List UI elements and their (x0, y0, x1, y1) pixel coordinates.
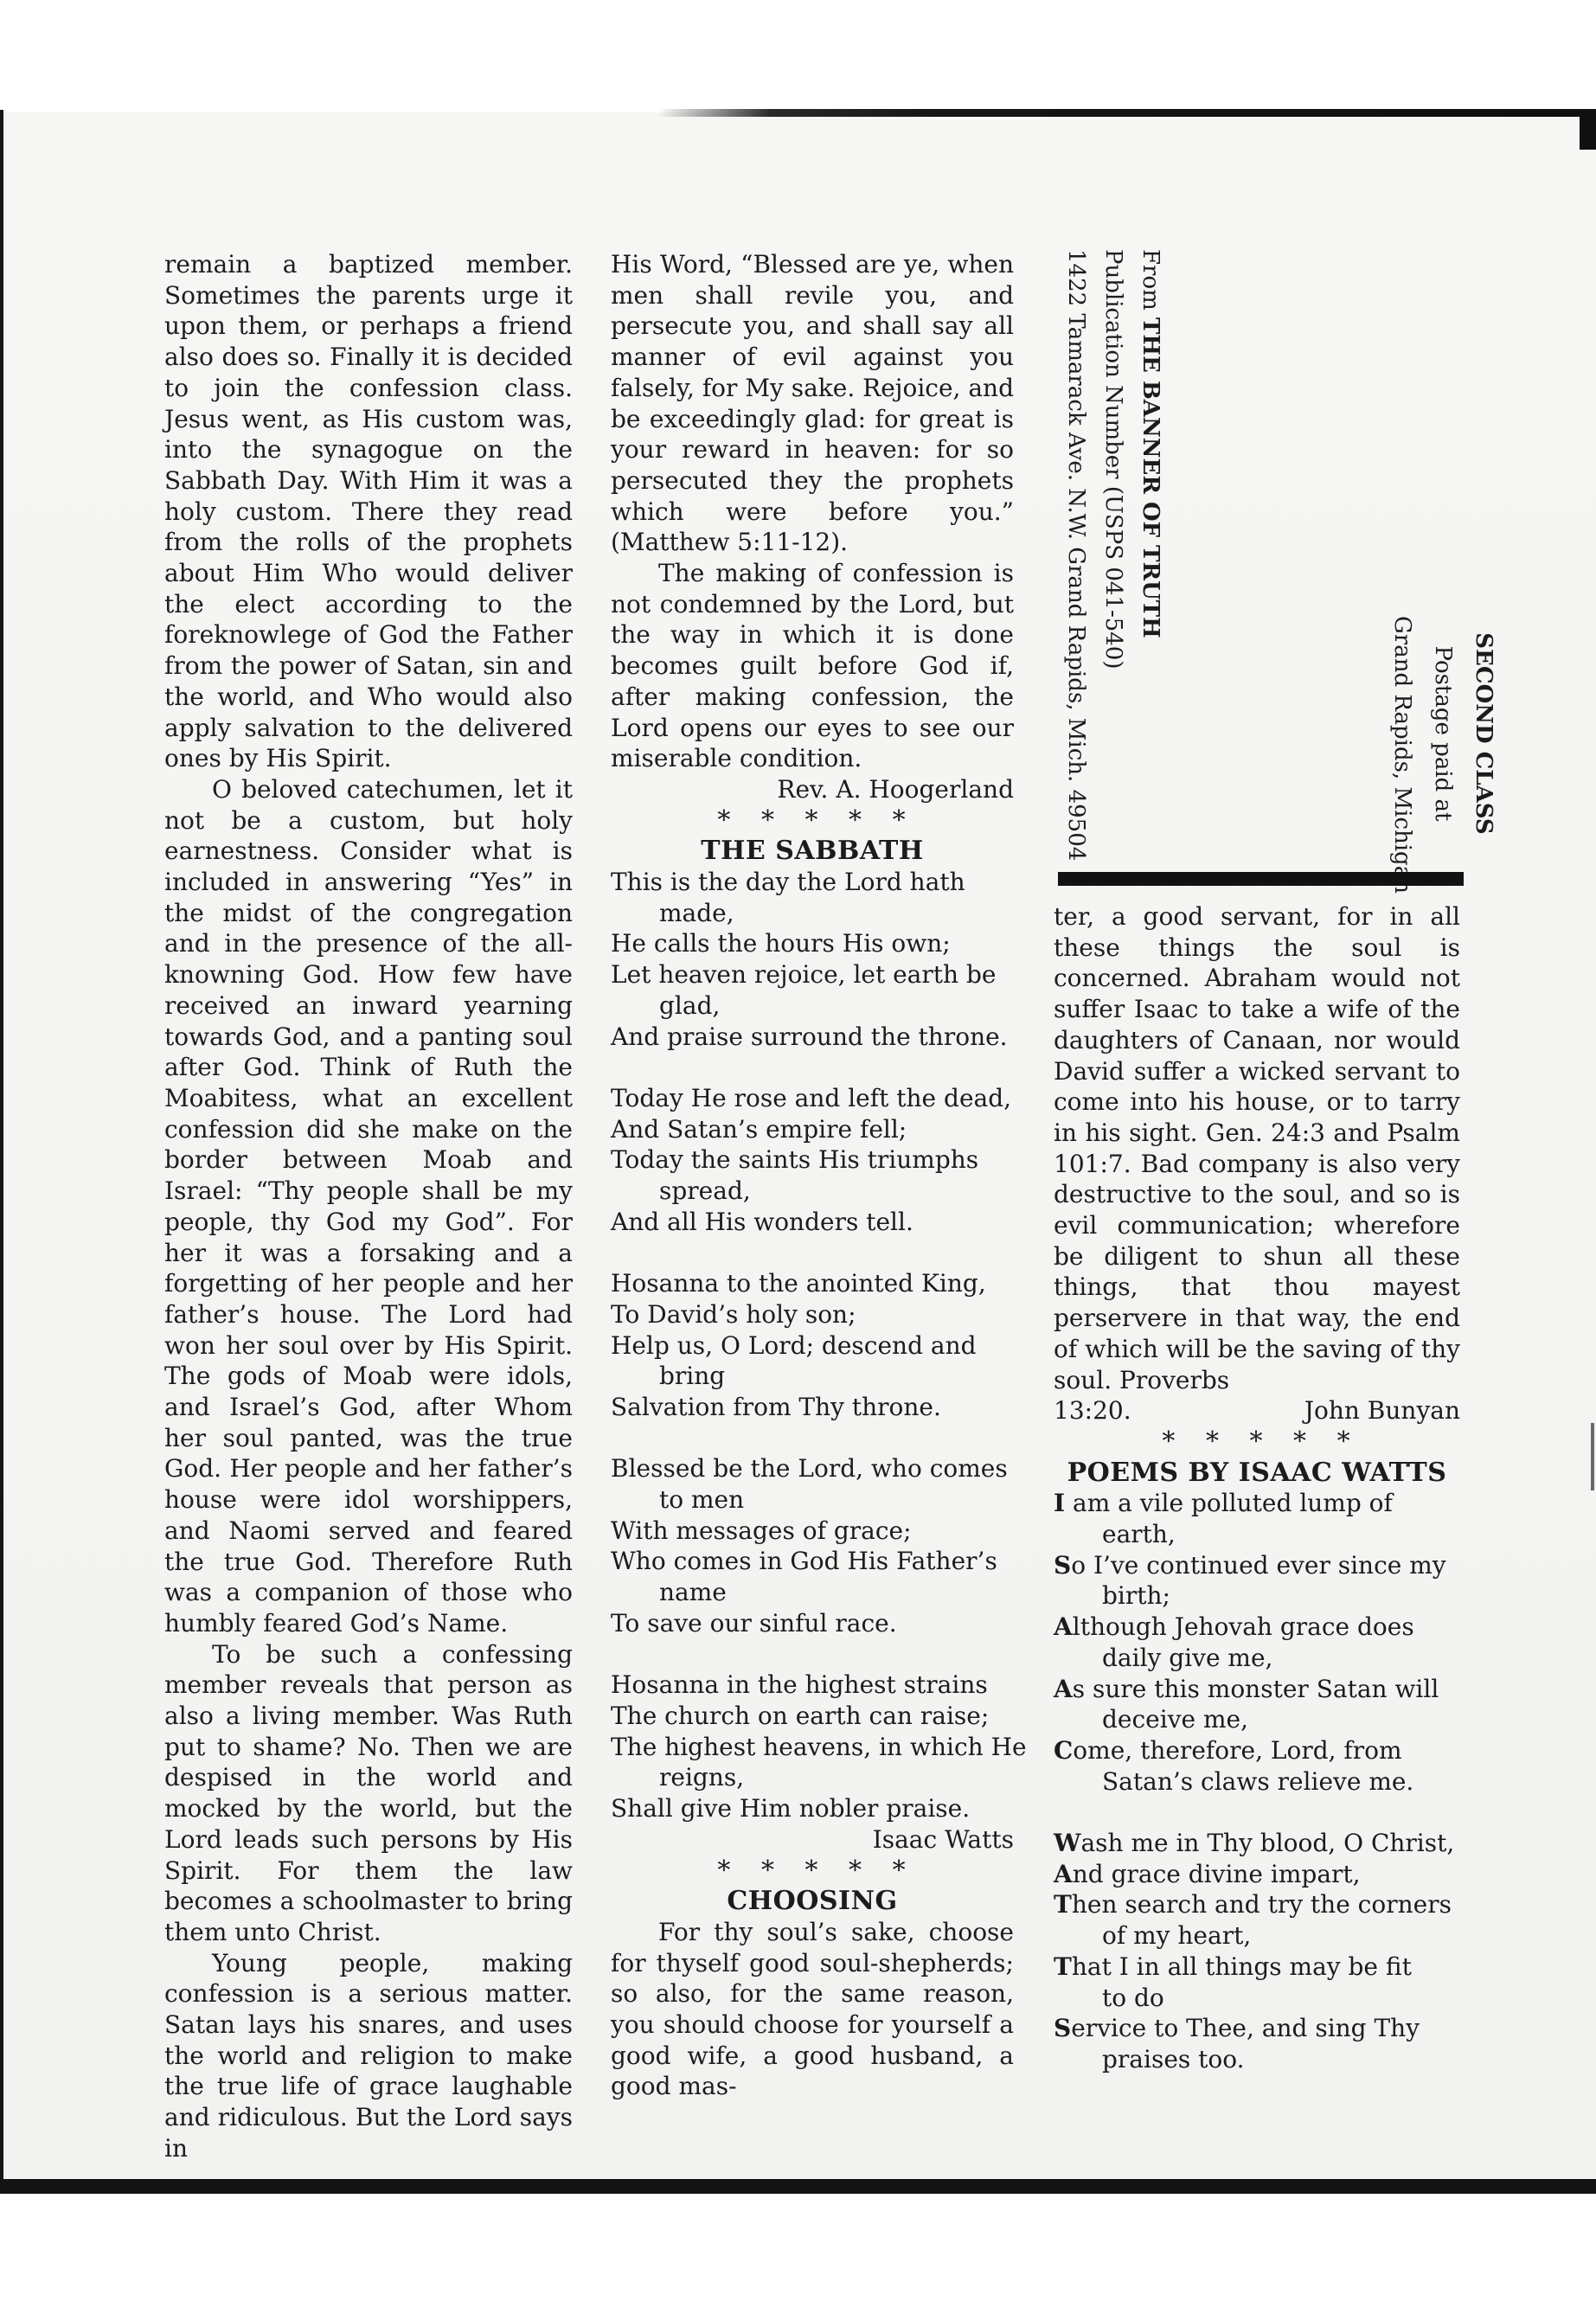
poem-line: Today the saints His triumphsspread, (611, 1144, 1014, 1206)
verse-reference: 13:20. (1054, 1395, 1131, 1426)
poem-line-continuation: reigns, (611, 1762, 1014, 1793)
paragraph: To be such a confessing member reveals t… (164, 1639, 573, 1948)
right-column: ter, a good servant, for in all these th… (1054, 901, 1460, 2075)
poem-line: And all His wonders tell. (611, 1207, 1014, 1238)
article-text: For thy soul’s sake, choose for thyself … (611, 1917, 1014, 2102)
poem-line-continuation: made, (611, 898, 1014, 929)
poem-line: Let heaven rejoice, let earth beglad, (611, 959, 1014, 1021)
poem-line-continuation: birth; (1054, 1580, 1460, 1612)
poem-line: Hosanna in the highest strains (611, 1670, 1014, 1701)
publication-name: THE BANNER OF TRUTH (1138, 317, 1163, 638)
poem-isaac-watts: I am a vile polluted lump ofearth,So I’v… (1054, 1488, 1460, 2074)
scan-edge-top (657, 109, 1596, 117)
poem-line: That I in all things may be fitto do (1054, 1952, 1460, 2013)
paragraph: remain a baptized member. Sometimes the … (164, 249, 573, 774)
poem-line: Come, therefore, Lord, fromSatan’s claws… (1054, 1735, 1460, 1797)
section-title-poems-by-isaac-watts: POEMS BY ISAAC WATTS (1054, 1458, 1460, 1489)
poem-line: With messages of grace; (611, 1516, 1014, 1547)
poem-stanza: Blessed be the Lord, who comesto menWith… (611, 1453, 1014, 1638)
poem-stanza: Hosanna to the anointed King,To David’s … (611, 1268, 1014, 1423)
publication-address-line: 1422 Tamarack Ave. N.W. Grand Rapids, Mi… (1057, 249, 1094, 787)
poem-the-sabbath: This is the day the Lord hathmade,He cal… (611, 867, 1014, 1824)
poem-line: Then search and try the cornersof my hea… (1054, 1889, 1460, 1951)
paragraph: ter, a good servant, for in all these th… (1054, 901, 1460, 1395)
poem-stanza: This is the day the Lord hathmade,He cal… (611, 867, 1014, 1052)
divider-rule (1058, 872, 1464, 886)
paragraph: His Word, “Blessed are ye, when men shal… (611, 249, 1014, 558)
from-prefix: From (1138, 249, 1163, 317)
postage-paid-line: Postage paid at (1422, 616, 1463, 851)
poem-line-continuation: name (611, 1577, 1014, 1608)
scan-edge-left (0, 110, 3, 2179)
section-divider-stars: * * * * * (611, 1856, 1014, 1887)
paragraph: O beloved catechumen, let it not be a cu… (164, 774, 573, 1639)
paragraph: For thy soul’s sake, choose for thyself … (611, 1917, 1014, 2102)
article-text: ter, a good servant, for in all these th… (1054, 901, 1460, 1395)
paragraph: Young people, making confession is a ser… (164, 1948, 573, 2164)
section-title-choosing: CHOOSING (611, 1886, 1014, 1917)
article-text: remain a baptized member. Sometimes the … (164, 249, 573, 2164)
poem-line-continuation: to men (611, 1484, 1014, 1516)
poem-line-continuation: deceive me, (1054, 1704, 1460, 1735)
poem-line: He calls the hours His own; (611, 928, 1014, 959)
poem-line: Service to Thee, and sing Thypraises too… (1054, 2013, 1460, 2074)
poem-stanza: I am a vile polluted lump ofearth,So I’v… (1054, 1488, 1460, 1797)
poem-line: And Satan’s empire fell; (611, 1114, 1014, 1145)
poem-line-continuation: of my heart, (1054, 1920, 1460, 1952)
postage-city-line: Grand Rapids, Michigan (1381, 616, 1422, 851)
poem-line-continuation: bring (611, 1361, 1014, 1392)
mailing-return-address: From THE BANNER OF TRUTH Publication Num… (1057, 249, 1169, 787)
poem-line: And praise surround the throne. (611, 1022, 1014, 1053)
poem-line: Shall give Him nobler praise. (611, 1793, 1014, 1824)
poem-line: As sure this monster Satan willdeceive m… (1054, 1674, 1460, 1735)
paragraph: The making of confession is not condemne… (611, 558, 1014, 774)
publication-number-line: Publication Number (USPS 041-540) (1094, 249, 1131, 787)
publication-from-line: From THE BANNER OF TRUTH (1131, 249, 1169, 787)
poem-line-continuation: spread, (611, 1176, 1014, 1207)
postage-class-line: SECOND CLASS (1463, 616, 1503, 851)
poem-line: To David’s holy son; (611, 1299, 1014, 1330)
poem-line-continuation: praises too. (1054, 2044, 1460, 2075)
poem-line-continuation: daily give me, (1054, 1643, 1460, 1674)
postage-class-stamp: SECOND CLASS Postage paid at Grand Rapid… (1381, 616, 1503, 851)
poem-stanza: Wash me in Thy blood, O Christ,And grace… (1054, 1828, 1460, 2075)
poem-line: Blessed be the Lord, who comesto men (611, 1453, 1014, 1515)
poem-line: So I’ve continued ever since mybirth; (1054, 1550, 1460, 1612)
poem-stanza: Hosanna in the highest strainsThe church… (611, 1670, 1014, 1824)
middle-column: His Word, “Blessed are ye, when men shal… (611, 249, 1014, 2102)
section-divider-stars: * * * * * (1054, 1426, 1460, 1458)
poem-line: Although Jehovah grace doesdaily give me… (1054, 1612, 1460, 1673)
verse-and-signature-row: 13:20. John Bunyan (1054, 1395, 1460, 1426)
poem-line: Hosanna to the anointed King, (611, 1268, 1014, 1299)
poem-line: I am a vile polluted lump ofearth, (1054, 1488, 1460, 1549)
article-text: His Word, “Blessed are ye, when men shal… (611, 249, 1014, 774)
section-divider-stars: * * * * * (611, 805, 1014, 836)
scan-edge-corner (1580, 110, 1596, 150)
poem-line-continuation: glad, (611, 990, 1014, 1022)
scan-edge-bottom (0, 2179, 1596, 2194)
poem-line: The church on earth can raise; (611, 1701, 1014, 1732)
poem-line: And grace divine impart, (1054, 1859, 1460, 1890)
poem-stanza: Today He rose and left the dead,And Sata… (611, 1083, 1014, 1238)
section-title-the-sabbath: THE SABBATH (611, 836, 1014, 867)
poem-line: Help us, O Lord; descend andbring (611, 1330, 1014, 1392)
author-signature: John Bunyan (1304, 1395, 1460, 1426)
poem-line-continuation: to do (1054, 1983, 1460, 2014)
poem-line: This is the day the Lord hathmade, (611, 867, 1014, 928)
poem-line: To save our sinful race. (611, 1608, 1014, 1639)
poem-line: Salvation from Thy throne. (611, 1392, 1014, 1423)
author-signature: Rev. A. Hoogerland (611, 774, 1014, 805)
poem-line: The highest heavens, in which Hereigns, (611, 1732, 1014, 1793)
author-signature: Isaac Watts (611, 1824, 1014, 1856)
left-column: remain a baptized member. Sometimes the … (164, 249, 573, 2164)
poem-line-continuation: Satan’s claws relieve me. (1054, 1766, 1460, 1798)
poem-line: Wash me in Thy blood, O Christ, (1054, 1828, 1460, 1859)
poem-line: Today He rose and left the dead, (611, 1083, 1014, 1114)
poem-line: Who comes in God His Father’sname (611, 1546, 1014, 1607)
poem-line-continuation: earth, (1054, 1519, 1460, 1550)
scan-artifact-mark (1591, 1423, 1594, 1490)
